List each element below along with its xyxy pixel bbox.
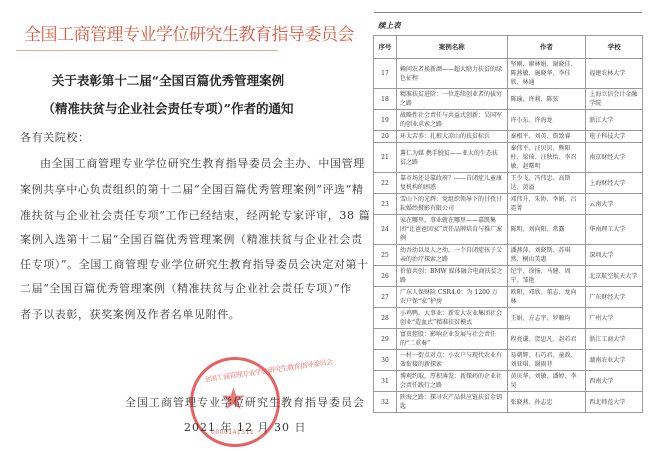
cell-school: 西南大学 — [586, 371, 643, 392]
cell-authors: 黄庆华、刘敏、潘婷、李昊 — [507, 371, 586, 392]
cell-no: 18 — [374, 89, 397, 110]
cell-case-name: 薯仁为媒 携手脱贫——亚太的生态扶贫之路 — [396, 143, 507, 173]
cell-no: 27 — [374, 287, 397, 308]
cell-no: 19 — [374, 110, 397, 131]
table-row: 26价值共创：BMW 媒体融合电商扶贫之路纪宇、徐扬、马健、周宁、邹艳北京航空航… — [374, 266, 643, 287]
cell-authors: 潘燕萍、刘晓斯、苏琪然、桐山美惠 — [507, 245, 586, 266]
cell-school: 西北师范大学 — [586, 392, 643, 413]
table-row: 28小鸡鸭，大事业：新安大农业集团社会创业“造血式”精准扶贫模式王娟、方志宇、罗… — [374, 308, 643, 329]
cell-school: 华南理工大学 — [586, 215, 643, 245]
cell-case-name: 博观约取，厚积薄发：新探药的企业社会责任践行之路 — [396, 371, 507, 392]
table-row: 21薯仁为媒 携手脱贫——亚太的生态扶贫之路秦伟平、汪贝贝、熊阳柱、梁琦、汪秋怡… — [374, 143, 643, 173]
cell-no: 28 — [374, 308, 397, 329]
cell-authors: 邓伟升、朱协、李娟、吕霓菁 — [507, 194, 586, 215]
cell-case-name: 雪山下的光辉：党组织领导下的甘孜甘耘婚纱摄影有限公司 — [396, 194, 507, 215]
column-header-name: 案例名称 — [396, 36, 507, 59]
cell-no: 24 — [374, 215, 397, 245]
notice-title-line2: （精准扶贫与企业社会责任专项）”作者的通知 — [8, 99, 328, 117]
cell-case-name: 靠市场还是靠政府？——自闭症儿童康复机构的困惑 — [396, 173, 507, 194]
table-row: 17赖问农者换新颜——超大励力扶贫的绿色征程坚刚、廖林娟、谢晓佳、陈燕敏、施晓华… — [374, 59, 643, 89]
cell-school: 云南大学 — [586, 194, 643, 215]
table-row: 29富贵控股：影响企业发展与社会责任的“二重奏”程亮谦、贺思凡、赵若君浙江工商大… — [374, 329, 643, 350]
cell-no: 17 — [374, 59, 397, 89]
cell-no: 20 — [374, 131, 397, 143]
cell-authors: 许小东、许海龙 — [507, 110, 586, 131]
cell-no: 30 — [374, 350, 397, 371]
cell-no: 23 — [374, 194, 397, 215]
body-line: 案例共享中心负责组织的第十二届“全国百篇优秀管理案例”评选“精 — [20, 181, 363, 197]
cell-no: 32 — [374, 392, 397, 413]
page-divider — [374, 12, 642, 13]
signature-date: 2021 年 12 月 30 日 — [184, 419, 306, 435]
cell-authors: 陈瑜、许莉、陈弦 — [507, 89, 586, 110]
cell-case-name: 幼吾幼以及人之幼，一个自闭症孩子父亲的治疗探索之路 — [396, 245, 507, 266]
cell-school: 浙江大学 — [586, 110, 643, 131]
cell-school: 上海财经大学 — [586, 173, 643, 194]
cell-case-name: 赖问农者换新颜——超大励力扶贫的绿色征程 — [396, 59, 507, 89]
cell-no: 29 — [374, 329, 397, 350]
cell-case-name: 小鸡鸭，大事业：新安大农业集团社会创业“造血式”精准扶贫模式 — [396, 308, 507, 329]
cell-no: 26 — [374, 266, 397, 287]
cell-case-name: 精准扶贫进阶：一位连续创业者的拔穷之路 — [396, 89, 507, 110]
cell-school: 广州大学 — [586, 308, 643, 329]
cell-authors: 秦根平、刘英、詹致睿 — [507, 131, 586, 143]
table-row: 27广东人保财险 CSR4.0：为 1200 万农户保“家”护房欧阳、邓欣、董志… — [374, 287, 643, 308]
table-row: 23雪山下的光辉：党组织领导下的甘孜甘耘婚纱摄影有限公司邓伟升、朱协、李娟、吕霓… — [374, 194, 643, 215]
cell-school: 浙江工商大学 — [586, 329, 643, 350]
cell-case-name: 环太苦荞：扎根大凉山的扶贫标兵 — [396, 131, 507, 143]
cell-authors: 欧阳、邓欣、董志、龙向林 — [507, 287, 586, 308]
cell-school: 北京航空航天大学 — [586, 266, 643, 287]
cell-authors: 易朝辉、石巧君、童政、刘亚琪、谢雨菲 — [507, 350, 586, 371]
table-row: 25幼吾幼以及人之幼，一个自闭症孩子父亲的治疗探索之路潘燕萍、刘晓斯、苏琪然、桐… — [374, 245, 643, 266]
cell-case-name: 一村一街点对点：小农户与现代农业有效衔接的新探索 — [396, 350, 507, 371]
table-row: 24家在哪里，事业就在哪里——嘉凯集团“让爸爸回家”责任品牌培育与推广案例陈明、… — [374, 215, 643, 245]
table-row: 22靠市场还是靠政府？——自闭症儿童康复机构的困惑王少飞、冯伟忠、高斯达、黄溢上… — [374, 173, 643, 194]
body-line: 二届“全国百篇优秀管理案例（精准扶贫与企业社会责任专项）”作 — [20, 280, 352, 296]
cell-no: 21 — [374, 143, 397, 173]
appendix-page: 续上表 序号 案例名称 作者 学校 17赖问农者换新颜——超大励力扶贫的绿色征程… — [330, 0, 649, 451]
cell-case-name: 战略性社会责任与共益式创新：吴国军的创业求索之路 — [396, 110, 507, 131]
body-line: 案例入选第十二届“全国百篇优秀管理案例（精准扶贫与企业社会责 — [20, 231, 363, 247]
award-table: 序号 案例名称 作者 学校 17赖问农者换新颜——超大励力扶贫的绿色征程坚刚、廖… — [373, 35, 643, 413]
header-divider — [16, 50, 278, 51]
signature-org: 全国工商管理专业学位研究生教育指导委员会 — [125, 394, 365, 410]
body-line: 准扶贫与企业社会责任专项”工作已经结束，经两轮专家评审，38 篇 — [20, 207, 370, 223]
cell-case-name: 价值共创：BMW 媒体融合电商扶贫之路 — [396, 266, 507, 287]
cell-authors: 陈明、刘向阳、常露 — [507, 215, 586, 245]
cell-case-name: 陕海之路：探寻农产品供应链扶贫金钥匙 — [396, 392, 507, 413]
table-row: 18精准扶贫进阶：一位连续创业者的拔穷之路陈瑜、许莉、陈弦上海立信会计金融学院 — [374, 89, 643, 110]
cell-authors: 程亮谦、贺思凡、赵若君 — [507, 329, 586, 350]
table-row: 31博观约取，厚积薄发：新探药的企业社会责任践行之路黄庆华、刘敏、潘婷、李昊西南… — [374, 371, 643, 392]
column-header-authors: 作者 — [507, 36, 586, 59]
table-row: 32陕海之路：探寻农产品供应链扶贫金钥匙张晓燕、孙志忠西北师范大学 — [374, 392, 643, 413]
cell-authors: 王少飞、冯伟忠、高斯达、黄溢 — [507, 173, 586, 194]
cell-no: 22 — [374, 173, 397, 194]
cell-no: 25 — [374, 245, 397, 266]
cell-school: 湖南农业大学 — [586, 350, 643, 371]
body-line: 者予以表彰，获奖案例及作者名单见附件。 — [20, 306, 240, 322]
table-row: 30一村一街点对点：小农户与现代农业有效衔接的新探索易朝辉、石巧君、童政、刘亚琪… — [374, 350, 643, 371]
cell-school: 深圳大学 — [586, 245, 643, 266]
table-header-row: 序号 案例名称 作者 学校 — [374, 36, 643, 59]
column-header-no: 序号 — [374, 36, 397, 59]
continued-label: 续上表 — [378, 20, 401, 31]
cell-authors: 王娟、方志宇、罗顺均 — [507, 308, 586, 329]
cell-authors: 张晓燕、孙志忠 — [507, 392, 586, 413]
cell-no: 31 — [374, 371, 397, 392]
column-header-school: 学校 — [586, 36, 643, 59]
cell-school: 广东财经大学 — [586, 287, 643, 308]
salutation: 各有关院校： — [20, 129, 90, 145]
cell-authors: 秦伟平、汪贝贝、熊阳柱、梁琦、汪秋怡、李召敏、赵曙明 — [507, 143, 586, 173]
org-title: 全国工商管理专业学位研究生教育指导委员会 — [24, 20, 354, 45]
notice-page: 全国工商管理专业学位研究生教育指导委员会 关于表彰第十二届“全国百篇优秀管理案例… — [0, 0, 330, 451]
cell-case-name: 家在哪里，事业就在哪里——嘉凯集团“让爸爸回家”责任品牌培育与推广案例 — [396, 215, 507, 245]
table-row: 20环太苦荞：扎根大凉山的扶贫标兵秦根平、刘英、詹致睿电子科技大学 — [374, 131, 643, 143]
cell-school: 上海立信会计金融学院 — [586, 89, 643, 110]
cell-school: 南京财经大学 — [586, 143, 643, 173]
seal-arc-text: 全国工商管理专业学位研究生教育指导委员会 — [203, 357, 333, 385]
cell-school: 电子科技大学 — [586, 131, 643, 143]
cell-school: 福建农林大学 — [586, 59, 643, 89]
cell-case-name: 广东人保财险 CSR4.0：为 1200 万农户保“家”护房 — [396, 287, 507, 308]
cell-authors: 坚刚、廖林娟、谢晓佳、陈燕敏、施晓华、李佳欣、林通 — [507, 59, 586, 89]
notice-title-line1: 关于表彰第十二届“全国百篇优秀管理案例 — [8, 71, 328, 89]
cell-authors: 纪宇、徐扬、马健、周宁、邹艳 — [507, 266, 586, 287]
cell-case-name: 富贵控股：影响企业发展与社会责任的“二重奏” — [396, 329, 507, 350]
table-row: 19战略性社会责任与共益式创新：吴国军的创业求索之路许小东、许海龙浙江大学 — [374, 110, 643, 131]
body-line: 任专项）”。全国工商管理专业学位研究生教育指导委员会决定对第十 — [20, 256, 369, 272]
body-line: 由全国工商管理专业学位研究生教育指导委员会主办、中国管理 — [40, 155, 365, 171]
